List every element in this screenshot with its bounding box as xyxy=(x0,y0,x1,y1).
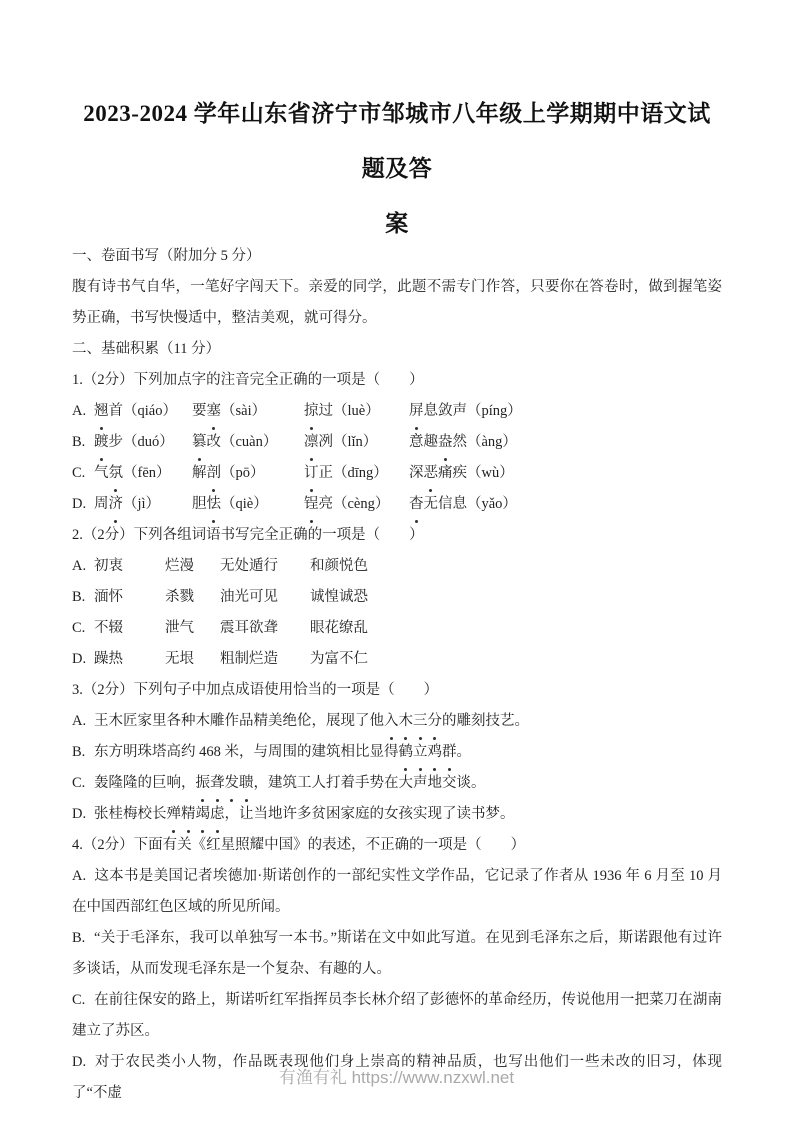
option-text: 这本书是美国记者埃德加·斯诺创作的一部纪实性文学作品，它记录了作者从 1936 … xyxy=(72,868,722,915)
option-item: 杀戮 xyxy=(165,582,220,613)
option-item: 凛冽（lǐn） xyxy=(304,427,409,458)
document-title-line2: 案 xyxy=(385,211,409,236)
option-item: 胆怯（qiè） xyxy=(192,489,304,520)
emphasized-char: 篡 xyxy=(192,427,207,458)
emphasized-char: 分 xyxy=(428,706,443,737)
emphasized-char: 聋 xyxy=(210,768,225,799)
option-item: 初衷 xyxy=(94,551,165,582)
option-4b: B.“关于毛泽东，我可以单独写一本书。”斯诺在文中如此写道。在见到毛泽东之后，斯… xyxy=(72,923,722,985)
emphasized-char: 入 xyxy=(384,706,399,737)
option-row-1d: D.周济（jì）胆怯（qiè）锃亮（cèng）杳无信息（yǎo） xyxy=(72,489,722,520)
emphasized-char: 木 xyxy=(399,706,414,737)
option-item: 要塞（sài） xyxy=(192,396,304,427)
option-label: D. xyxy=(72,489,94,520)
option-text: 王木匠家里各种木雕作品精美绝伦，展现了他入木三分的雕刻技艺。 xyxy=(94,713,529,729)
option-item: 篡改（cuàn） xyxy=(192,427,304,458)
option-item: 诚惶诚恐 xyxy=(310,589,368,605)
option-item: 不辍 xyxy=(94,613,165,644)
option-label: B. xyxy=(72,582,94,613)
option-label: B. xyxy=(72,737,94,768)
emphasized-char: 发 xyxy=(225,768,240,799)
emphasized-char: 三 xyxy=(413,706,428,737)
option-text: 在前往保安的路上，斯诺听红军指挥员李长林介绍了彭德怀的革命经历，传说他用一把菜刀… xyxy=(72,992,722,1039)
question-1-options: A.翘首（qiáo）要塞（sài）掠过（luè）屏息敛声（píng） B.踱步（… xyxy=(72,396,722,520)
option-label: B. xyxy=(72,427,94,458)
document-body: 一、卷面书写（附加分 5 分） 腹有诗书气自华，一笔好字闯天下。亲爱的同学，此题… xyxy=(72,241,722,1109)
option-4c: C.在前往保安的路上，斯诺听红军指挥员李长林介绍了彭德怀的革命经历，传说他用一把… xyxy=(72,985,722,1047)
document-title-line1: 2023-2024 学年山东省济宁市邹城市八年级上学期期中语文试题及答 xyxy=(83,101,710,181)
option-item: 泄气 xyxy=(165,613,220,644)
option-label: C. xyxy=(72,985,94,1016)
option-item: 翘首（qiáo） xyxy=(94,396,192,427)
emphasized-char: 屏 xyxy=(409,396,424,427)
option-item: 锃亮（cèng） xyxy=(304,489,409,520)
emphasized-char: 凛 xyxy=(304,427,319,458)
option-item: 深恶痛疾（wù） xyxy=(409,465,514,481)
option-label: C. xyxy=(72,768,94,799)
emphasized-char: 殚 xyxy=(167,799,182,830)
option-row-2d: D.躁热无垠粗制烂造为富不仁 xyxy=(72,644,722,675)
emphasized-char: 锃 xyxy=(304,489,319,520)
option-item: 和颜悦色 xyxy=(310,558,368,574)
document-title: 2023-2024 学年山东省济宁市邹城市八年级上学期期中语文试题及答 案 xyxy=(72,86,722,251)
emphasized-char: 立 xyxy=(413,737,428,768)
question-3-stem: 3.（2分）下列句子中加点成语使用恰当的一项是（ ） xyxy=(72,675,722,706)
emphasized-char: 精 xyxy=(181,799,196,830)
option-3a: A.王木匠家里各种木雕作品精美绝伦，展现了他入木三分的雕刻技艺。 xyxy=(72,706,722,737)
option-item: 周济（jì） xyxy=(94,489,192,520)
option-3d: D.张桂梅校长殚精竭虑，让当地许多贫困家庭的女孩实现了读书梦。 xyxy=(72,799,722,830)
option-label: B. xyxy=(72,923,94,954)
option-label: A. xyxy=(72,551,94,582)
emphasized-char: 聩 xyxy=(239,768,254,799)
option-item: 掠过（luè） xyxy=(304,396,409,427)
option-item: 杳无信息（yǎo） xyxy=(409,496,517,512)
document-page: 2023-2024 学年山东省济宁市邹城市八年级上学期期中语文试题及答 案 一、… xyxy=(0,0,793,1122)
option-row-1b: B.踱步（duó）篡改（cuàn）凛冽（lǐn）意趣盎然（àng） xyxy=(72,427,722,458)
option-item: 烂漫 xyxy=(165,551,220,582)
option-label: A. xyxy=(72,396,94,427)
option-label: D. xyxy=(72,644,94,675)
option-item: 粗制烂造 xyxy=(220,644,310,675)
question-2-stem: 2.（2分）下列各组词语书写完全正确的一项是（ ） xyxy=(72,520,722,551)
option-3c: C.轰隆隆的巨响，振聋发聩，建筑工人打着手势在大声地交谈。 xyxy=(72,768,722,799)
option-label: D. xyxy=(72,799,94,830)
option-row-1c: C.气氛（fēn）解剖（pō）订正（dīng）深恶痛疾（wù） xyxy=(72,458,722,489)
option-text: 轰隆隆的巨响，振聋发聩，建筑工人打着手势在大声地交谈。 xyxy=(94,775,486,791)
emphasized-char: 剖 xyxy=(207,458,222,489)
emphasized-char: 济 xyxy=(109,489,124,520)
emphasized-char: 掠 xyxy=(304,396,319,427)
question-2-options: A.初衷烂漫无处遁行和颜悦色 B.湎怀杀戮油光可见诚惶诚恐 C.不辍泄气震耳欲聋… xyxy=(72,551,722,675)
option-3b: B.东方明珠塔高约 468 米，与周围的建筑相比显得鹤立鸡群。 xyxy=(72,737,722,768)
option-item: 躁热 xyxy=(94,644,165,675)
option-item: 眼花缭乱 xyxy=(310,620,368,636)
emphasized-char: 塞 xyxy=(207,396,222,427)
option-label: C. xyxy=(72,613,94,644)
option-item: 湎怀 xyxy=(94,582,165,613)
option-item: 解剖（pō） xyxy=(192,458,304,489)
emphasized-char: 竭 xyxy=(196,799,211,830)
option-4a: A.这本书是美国记者埃德加·斯诺创作的一部纪实性文学作品，它记录了作者从 193… xyxy=(72,861,722,923)
section-2-heading: 二、基础积累（11 分） xyxy=(72,334,722,365)
emphasized-char: 鹤 xyxy=(399,737,414,768)
emphasized-char: 订 xyxy=(304,458,319,489)
option-label: C. xyxy=(72,458,94,489)
option-item: 为富不仁 xyxy=(310,651,368,667)
option-row-1a: A.翘首（qiáo）要塞（sài）掠过（luè）屏息敛声（píng） xyxy=(72,396,722,427)
emphasized-char: 盎 xyxy=(438,427,453,458)
emphasized-char: 群 xyxy=(442,737,457,768)
emphasized-char: 振 xyxy=(196,768,211,799)
option-item: 油光可见 xyxy=(220,582,310,613)
option-text: 东方明珠塔高约 468 米，与周围的建筑相比显得鹤立鸡群。 xyxy=(94,744,471,760)
option-item: 震耳欲聋 xyxy=(220,613,310,644)
option-item: 意趣盎然（àng） xyxy=(409,434,517,450)
option-item: 屏息敛声（píng） xyxy=(409,403,522,419)
option-item: 无处遁行 xyxy=(220,551,310,582)
document-content: 2023-2024 学年山东省济宁市邹城市八年级上学期期中语文试题及答 案 一、… xyxy=(72,86,722,1109)
emphasized-char: 翘 xyxy=(94,396,109,427)
option-label: A. xyxy=(72,861,94,892)
emphasized-char: 氛 xyxy=(109,458,124,489)
emphasized-char: 恶 xyxy=(424,458,439,489)
option-row-2c: C.不辍泄气震耳欲聋眼花缭乱 xyxy=(72,613,722,644)
option-item: 气氛（fēn） xyxy=(94,458,192,489)
footer-watermark-link[interactable]: 有渔有礼 https://www.nzxwl.net xyxy=(0,1062,793,1093)
option-row-2b: B.湎怀杀戮油光可见诚惶诚恐 xyxy=(72,582,722,613)
option-text: 张桂梅校长殚精竭虑，让当地许多贫困家庭的女孩实现了读书梦。 xyxy=(94,806,515,822)
emphasized-char: 杳 xyxy=(409,489,424,520)
option-label: A. xyxy=(72,706,94,737)
option-item: 订正（dīng） xyxy=(304,458,409,489)
emphasized-char: 虑 xyxy=(210,799,225,830)
option-text: “关于毛泽东，我可以单独写一本书。”斯诺在文中如此写道。在见到毛泽东之后，斯诺跟… xyxy=(72,930,722,977)
option-row-2a: A.初衷烂漫无处遁行和颜悦色 xyxy=(72,551,722,582)
question-1-stem: 1.（2分）下列加点字的注音完全正确的一项是（ ） xyxy=(72,365,722,396)
emphasized-char: 鸡 xyxy=(428,737,443,768)
emphasized-char: 踱 xyxy=(94,427,109,458)
question-4-stem: 4.（2分）下面有关《红星照耀中国》的表述，不正确的一项是（ ） xyxy=(72,830,722,861)
option-item: 无垠 xyxy=(165,644,220,675)
emphasized-char: 怯 xyxy=(207,489,222,520)
section-1-instructions: 腹有诗书气自华，一笔好字闯天下。亲爱的同学，此题不需专门作答，只要你在答卷时，做… xyxy=(72,272,722,334)
option-item: 踱步（duó） xyxy=(94,427,192,458)
